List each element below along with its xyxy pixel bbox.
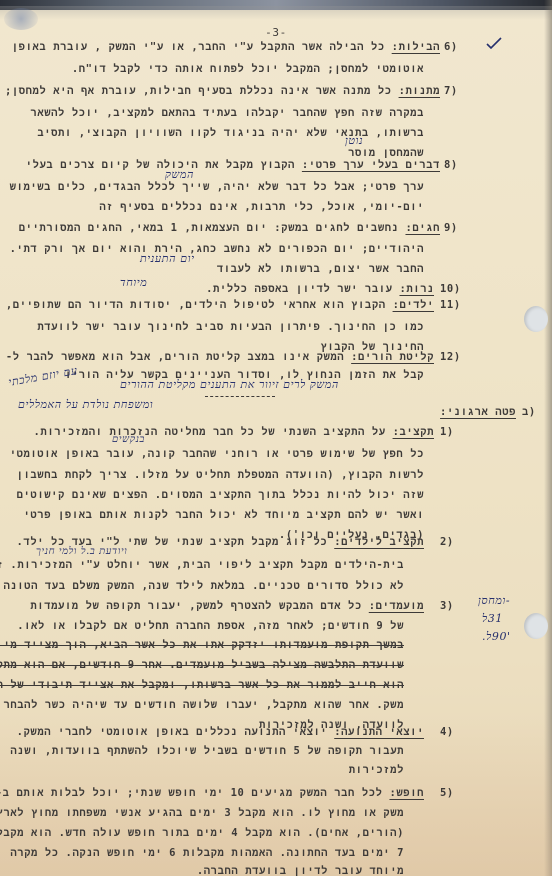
item-number: 9) bbox=[444, 221, 458, 235]
struck-line: הוא חייב לממור את כל אשר ברשותו, ומקבל א… bbox=[0, 678, 404, 692]
item-line: משק. אחר שהוא מתקבל, יעברו שלושה חודשים … bbox=[3, 698, 404, 712]
item-number: 8) bbox=[444, 158, 458, 172]
item-term: מועמדים: bbox=[369, 600, 424, 612]
item-line: ילדים: הקבוץ הוא אחראי לטיפול הילדים, יס… bbox=[6, 298, 434, 312]
item-line: חופש: לכל חבר המשק מגיעים 10 ימי חופש שנ… bbox=[0, 786, 424, 800]
page-number: -3- bbox=[0, 26, 552, 39]
handwritten-note: מיוחד bbox=[120, 276, 147, 289]
item-line: חגים: נחשבים לחגים במשק: יום העצמאות, 1 … bbox=[19, 221, 440, 235]
item-number: 7) bbox=[444, 84, 458, 98]
item-line: לא כולל סדורים טכניים. במלאת לילד שנה, ה… bbox=[3, 579, 404, 593]
item-line: קליטת הורים: המשק אינו במצב קליטת הורים,… bbox=[6, 350, 434, 364]
handwritten-note: נוטן bbox=[345, 134, 363, 147]
item-line: של 9 חודשים; לאחר מזה, אספת החברה תחליט … bbox=[17, 619, 404, 633]
item-line: משק או מחוץ לו. הוא מקבל 3 ימים בהגיע אנ… bbox=[0, 806, 404, 820]
item-term: תקציב: bbox=[393, 426, 434, 438]
handwritten-note: המשק לרים זיוור את התענים מקליטת ההורים bbox=[120, 378, 339, 391]
item-term: יוצאי התנועה: bbox=[334, 726, 424, 738]
item-term: קליטת הורים: bbox=[351, 351, 434, 363]
item-line: לרשות הקבוץ, (הוועדה המטפלת תחליט על מזל… bbox=[17, 468, 424, 482]
struck-line: במשך תקופת מועמדותו יזדקק אתו את כל אשר … bbox=[0, 638, 404, 652]
item-line: ואשר יש להם תקציב מיוחד לא יכול החבר לקנ… bbox=[24, 508, 425, 522]
item-number: 1) bbox=[440, 425, 454, 439]
item-line: הבילות: כל הבילה אשר התקבל ע"י החבר, או … bbox=[12, 40, 440, 54]
handwritten-insert: ויודעת ב.ל ולמי חניך bbox=[36, 546, 127, 557]
item-line: אוטומטי למחסן; המקבל יוכל לפתוח אותה כדי… bbox=[72, 62, 424, 76]
section-label: ב) bbox=[522, 405, 536, 419]
item-line: 7 ימים בעד החתונה. האמהות מקבלות 6 ימי ח… bbox=[10, 846, 404, 860]
item-line: (הורים, אחים). הוא מקבל 4 ימים בתור חופש… bbox=[0, 826, 404, 840]
item-line: תקציב: על התקציב השנתי של כל חבר מחליטה … bbox=[34, 425, 435, 439]
item-term: חופש: bbox=[389, 787, 424, 799]
dashed-underline bbox=[205, 396, 275, 397]
item-line: דברים בעלי ערך פרטי: הקבוץ מקבל את היכול… bbox=[26, 158, 440, 172]
item-line: מיוחד עובר לדיון בוועדת החברה. bbox=[197, 864, 404, 876]
item-term: הבילות: bbox=[392, 41, 440, 53]
document-page: -3- 6) הבילות: כל הבילה אשר התקבל ע"י הח… bbox=[0, 0, 552, 876]
checkmark-icon bbox=[486, 36, 502, 50]
item-term: דברים בעלי ערך פרטי: bbox=[302, 159, 440, 171]
item-number: 2) bbox=[440, 535, 454, 549]
item-term: מתנות: bbox=[399, 85, 440, 97]
item-line: תעבור תקופה של 5 חודשים בשביל שיוכלו להש… bbox=[10, 744, 404, 758]
handwritten-margin-note: עם יוזם מלכתי bbox=[7, 364, 78, 389]
item-number: 6) bbox=[444, 40, 458, 54]
item-number: 11) bbox=[440, 298, 461, 312]
item-number: 5) bbox=[440, 786, 454, 800]
item-line: בית-הילדים מקבל תקציב ליפוי הבית, אשר יו… bbox=[0, 558, 404, 572]
handwritten-margin-note: '90ל. bbox=[482, 630, 511, 643]
struck-line: שוועדת התלבשה מצילה בשביל מועמדים. אחר 9… bbox=[0, 658, 404, 672]
item-line: יוצאי התנועה: יוצאי התנועה נכללים באופן … bbox=[17, 725, 424, 739]
item-number: 12) bbox=[440, 350, 461, 364]
item-line: כל חפץ של שימוש פרטי או רוחני שהחבר קונה… bbox=[10, 447, 424, 461]
item-number: 4) bbox=[440, 725, 454, 739]
item-line: למזכירות bbox=[349, 763, 404, 777]
item-line: במקרה שזה חפץ שהחבר יקבלהו בעתיד בהתאם ל… bbox=[30, 106, 424, 120]
item-line: היהודיים; יום הכפורים לא נחשב כחג, הירת … bbox=[10, 242, 424, 256]
item-term: תקציב לילדים: bbox=[334, 536, 424, 548]
item-line: כמו כן החינוך. פיתרון הבעיות סביב לחינוך… bbox=[37, 320, 424, 334]
item-line: ערך פרטי; אבל כל דבר שלא יהיה, שייך לכלל… bbox=[10, 180, 424, 194]
item-line: החבר אשר יצום, ברשותו לא לעבוד bbox=[217, 262, 424, 276]
item-line: ברשותו, בתנאי שלא יהיה בניגוד לקוו השווי… bbox=[37, 126, 424, 140]
handwritten-insert: בנקשים bbox=[112, 434, 145, 445]
item-line: נרות: עובר ישר לדיון באספה כללית. bbox=[206, 282, 434, 296]
item-line: מועמדים: כל אדם המבקש להצטרף למשק, יעבור… bbox=[30, 599, 424, 613]
item-term: נרות: bbox=[399, 283, 434, 295]
handwritten-note: יום התענית bbox=[140, 252, 195, 265]
item-term: ילדים: bbox=[393, 299, 434, 311]
section-title: פטה ארגוני: bbox=[440, 405, 516, 419]
handwritten-margin-note: ומשפחת נולדת על האמללים bbox=[18, 398, 153, 411]
item-line: מתנות: כל מתנה אשר אינה נכללת בסעיף חביל… bbox=[5, 84, 440, 98]
handwritten-margin-note: 31ל bbox=[482, 612, 503, 625]
item-line: שזה יכול להיות נכלל בתוך התקציב המסוים. … bbox=[17, 488, 424, 502]
item-term: חגים: bbox=[405, 222, 440, 234]
handwritten-margin-note: -ומחסן bbox=[478, 594, 510, 607]
item-number: 3) bbox=[440, 599, 454, 613]
document-text: -3- 6) הבילות: כל הבילה אשר התקבל ע"י הח… bbox=[0, 0, 552, 876]
item-line: יום-יומי, אוכל, כלי תרבות, אינם נכללים ב… bbox=[99, 200, 424, 214]
item-number: 10) bbox=[440, 282, 461, 296]
